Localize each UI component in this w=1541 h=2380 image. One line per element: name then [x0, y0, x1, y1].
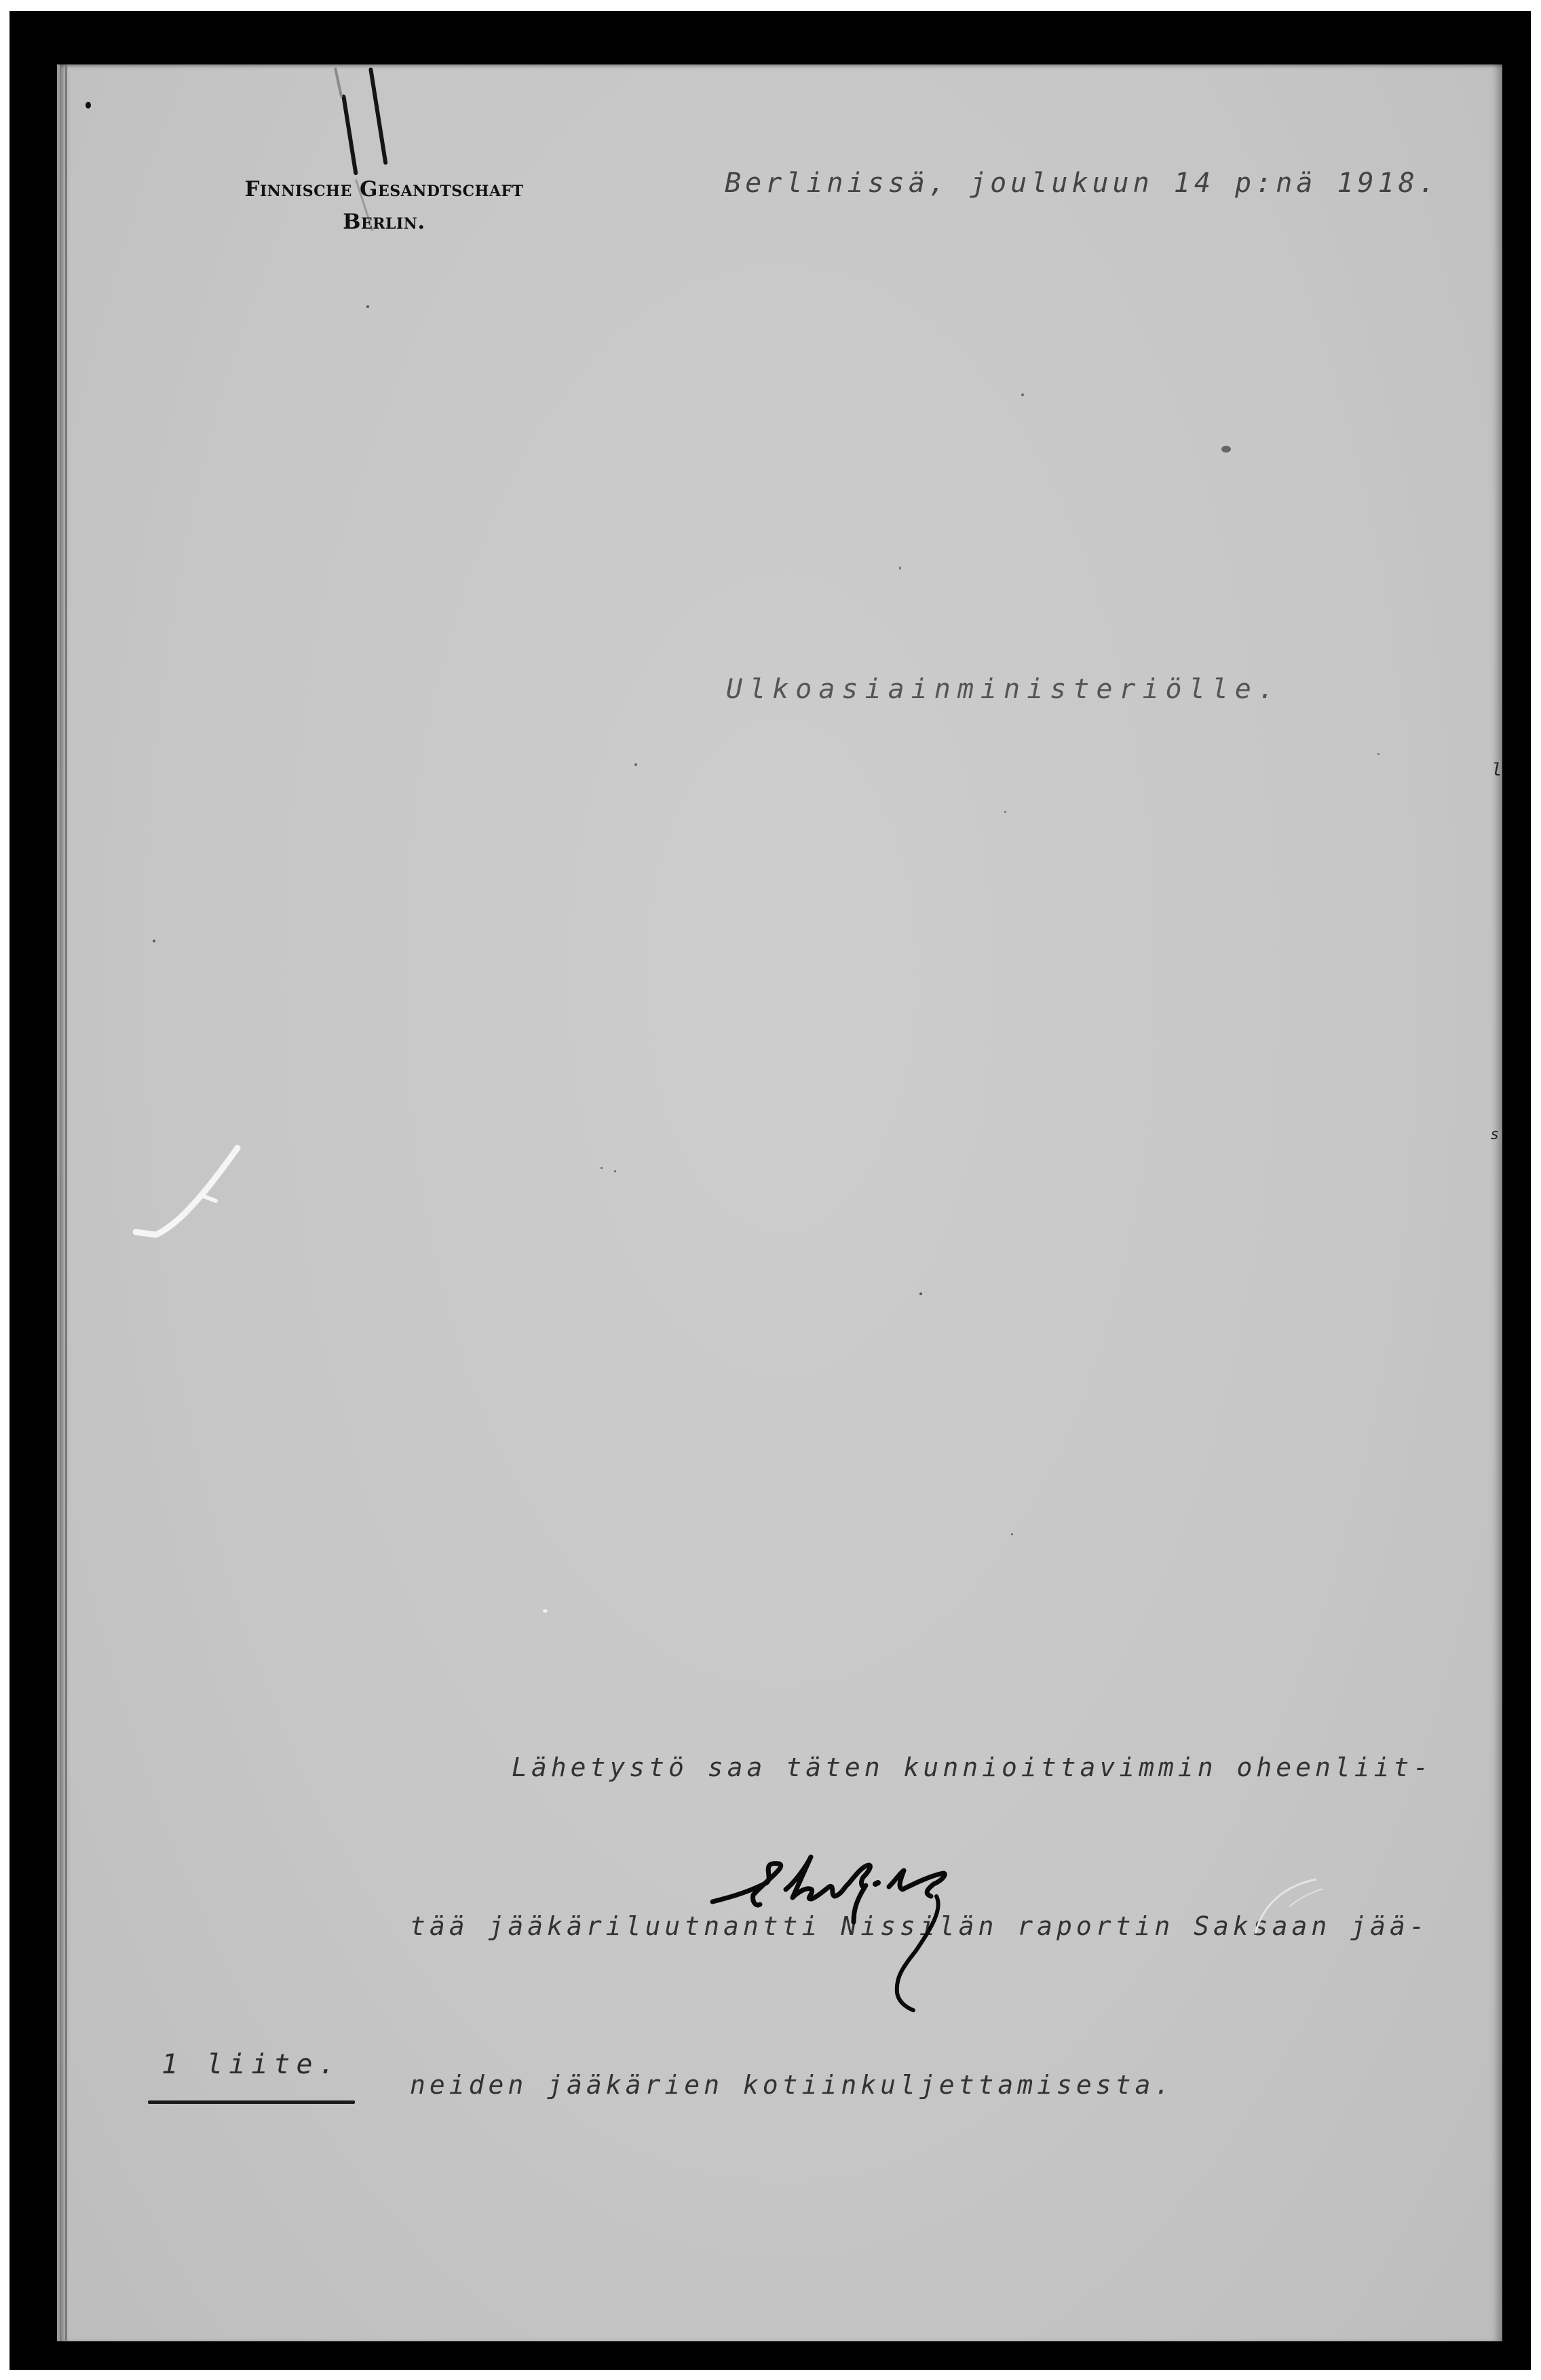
ink-speck	[614, 1170, 616, 1172]
ink-speck	[601, 1167, 603, 1169]
letterhead-organization: Finnische Gesandtschaft	[201, 173, 567, 206]
letterhead-city: Berlin.	[201, 206, 567, 238]
ink-speck	[153, 940, 155, 942]
signature	[685, 1842, 984, 2018]
ink-speck	[1021, 394, 1024, 396]
scratch-mark	[122, 1140, 258, 1242]
ink-speck	[366, 305, 369, 308]
date-line: Berlinissä, joulukuun 14 p:nä 1918.	[725, 168, 1439, 199]
ink-speck	[899, 567, 901, 570]
ink-speck	[1011, 1533, 1013, 1535]
body-line: Lähetystö saa täten kunnioittavimmin ohe…	[410, 1741, 1432, 1794]
body-line: neiden jääkärien kotiinkuljettamisesta.	[410, 2058, 1432, 2111]
ink-speck	[634, 763, 637, 766]
recipient-line: Ulkoasiainministeriölle.	[726, 674, 1281, 705]
ink-speck	[1004, 811, 1006, 813]
attachment-underline	[148, 2100, 355, 2104]
scratch-mark	[1249, 1866, 1330, 1940]
ink-speck	[1377, 753, 1380, 755]
margin-mark: l	[1491, 760, 1502, 780]
ink-speck	[543, 1609, 548, 1613]
ink-speck	[85, 102, 91, 109]
ink-speck	[1221, 446, 1231, 453]
ink-speck	[919, 1292, 922, 1295]
letterhead: Finnische Gesandtschaft Berlin.	[201, 173, 567, 238]
margin-mark: s	[1490, 1126, 1499, 1143]
attachment-note: 1 liite.	[161, 2049, 341, 2080]
paper-fold-edge	[65, 64, 67, 2341]
